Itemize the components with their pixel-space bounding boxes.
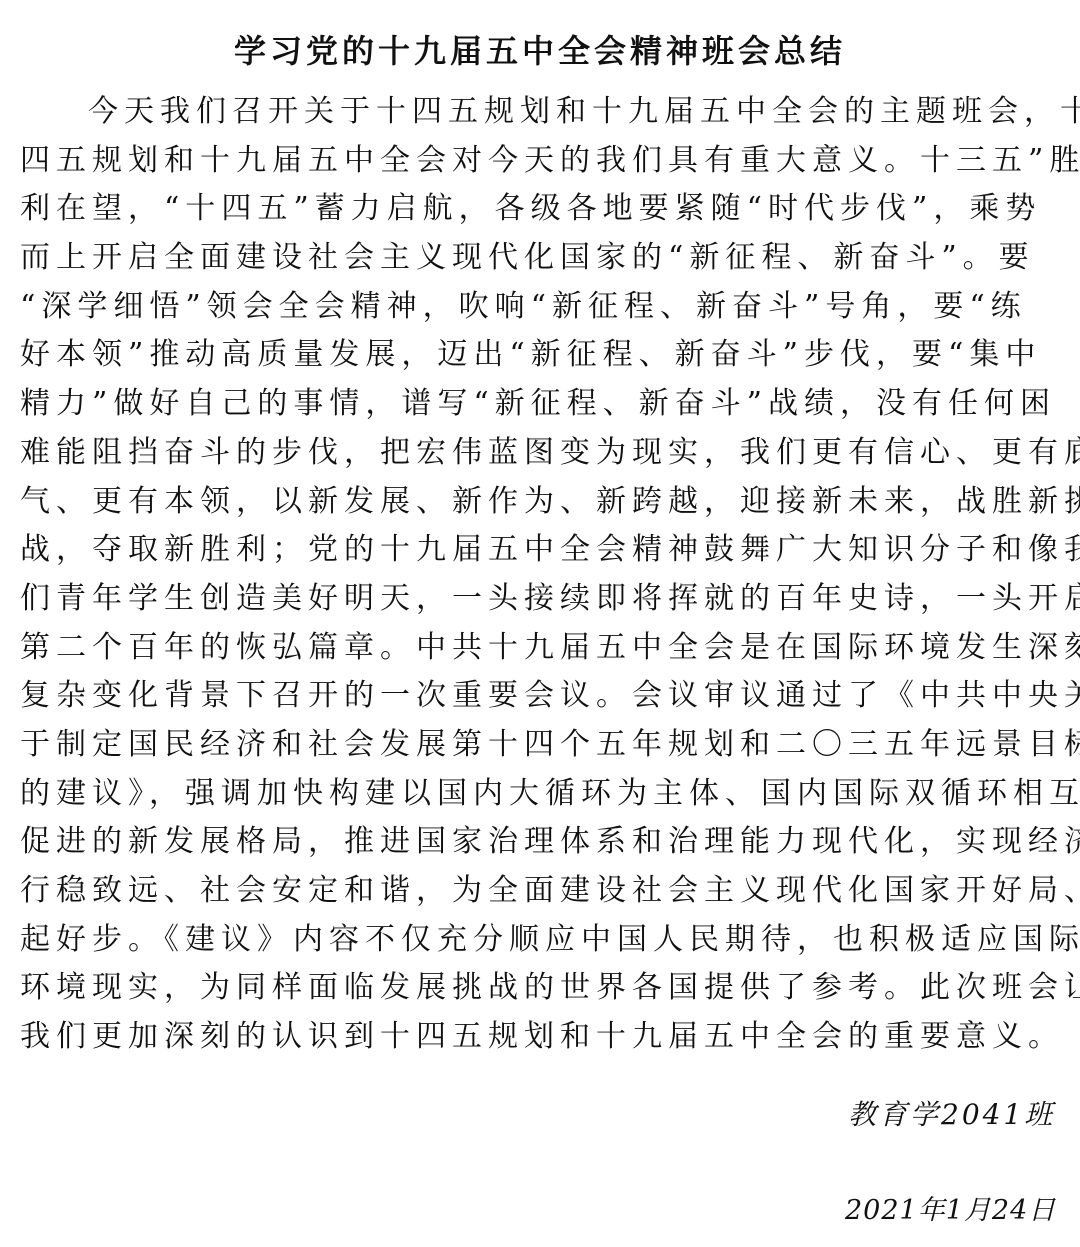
body-line: 气、更有本领，以新发展、新作为、新跨越，迎接新未来，战胜新挑 <box>20 478 1020 527</box>
body-line: 好本领”推动高质量发展，迈出“新征程、新奋斗”步伐，要“集中 <box>20 331 1020 380</box>
document-body: 今天我们召开关于十四五规划和十九届五中全会的主题班会，十 四五规划和十九届五中全… <box>20 88 1020 1062</box>
body-line: 行稳致远、社会安定和谐，为全面建设社会主义现代化国家开好局、 <box>20 867 1020 916</box>
body-line: 利在望，“十四五”蓄力启航，各级各地要紧随“时代步伐”，乘势 <box>20 185 1020 234</box>
body-line: 们青年学生创造美好明天，一头接续即将挥就的百年史诗，一头开启 <box>20 575 1020 624</box>
body-line: 复杂变化背景下召开的一次重要会议。会议审议通过了《中共中央关 <box>20 672 1020 721</box>
signature-date: 2021年1月24日 <box>845 1188 1056 1227</box>
body-line: 战，夺取新胜利；党的十九届五中全会精神鼓舞广大知识分子和像我 <box>20 526 1020 575</box>
body-line: 精力”做好自己的事情，谱写“新征程、新奋斗”战绩，没有任何困 <box>20 380 1020 429</box>
body-line: 四五规划和十九届五中全会对今天的我们具有重大意义。十三五”胜 <box>20 137 1020 186</box>
body-line: 于制定国民经济和社会发展第十四个五年规划和二〇三五年远景目标 <box>20 721 1020 770</box>
body-line: 起好步。《建议》内容不仅充分顺应中国人民期待，也积极适应国际 <box>20 916 1020 965</box>
signature-class-name: 教育学2041班 <box>848 1093 1055 1133</box>
body-line: 的建议》，强调加快构建以国内大循环为主体、国内国际双循环相互 <box>20 770 1020 819</box>
body-line: 而上开启全面建设社会主义现代化国家的“新征程、新奋斗”。要 <box>20 234 1020 283</box>
body-line: 我们更加深刻的认识到十四五规划和十九届五中全会的重要意义。 <box>20 1013 1020 1062</box>
body-line: 环境现实，为同样面临发展挑战的世界各国提供了参考。此次班会让 <box>20 964 1020 1013</box>
body-line: “深学细悟”领会全会精神，吹响“新征程、新奋斗”号角，要“练 <box>20 283 1020 332</box>
body-line: 第二个百年的恢弘篇章。中共十九届五中全会是在国际环境发生深刻 <box>20 624 1020 673</box>
body-line: 难能阻挡奋斗的步伐，把宏伟蓝图变为现实，我们更有信心、更有底 <box>20 429 1020 478</box>
body-line: 促进的新发展格局，推进国家治理体系和治理能力现代化，实现经济 <box>20 818 1020 867</box>
body-line: 今天我们召开关于十四五规划和十九届五中全会的主题班会，十 <box>20 88 1020 137</box>
document-title: 学习党的十九届五中全会精神班会总结 <box>0 29 1080 73</box>
